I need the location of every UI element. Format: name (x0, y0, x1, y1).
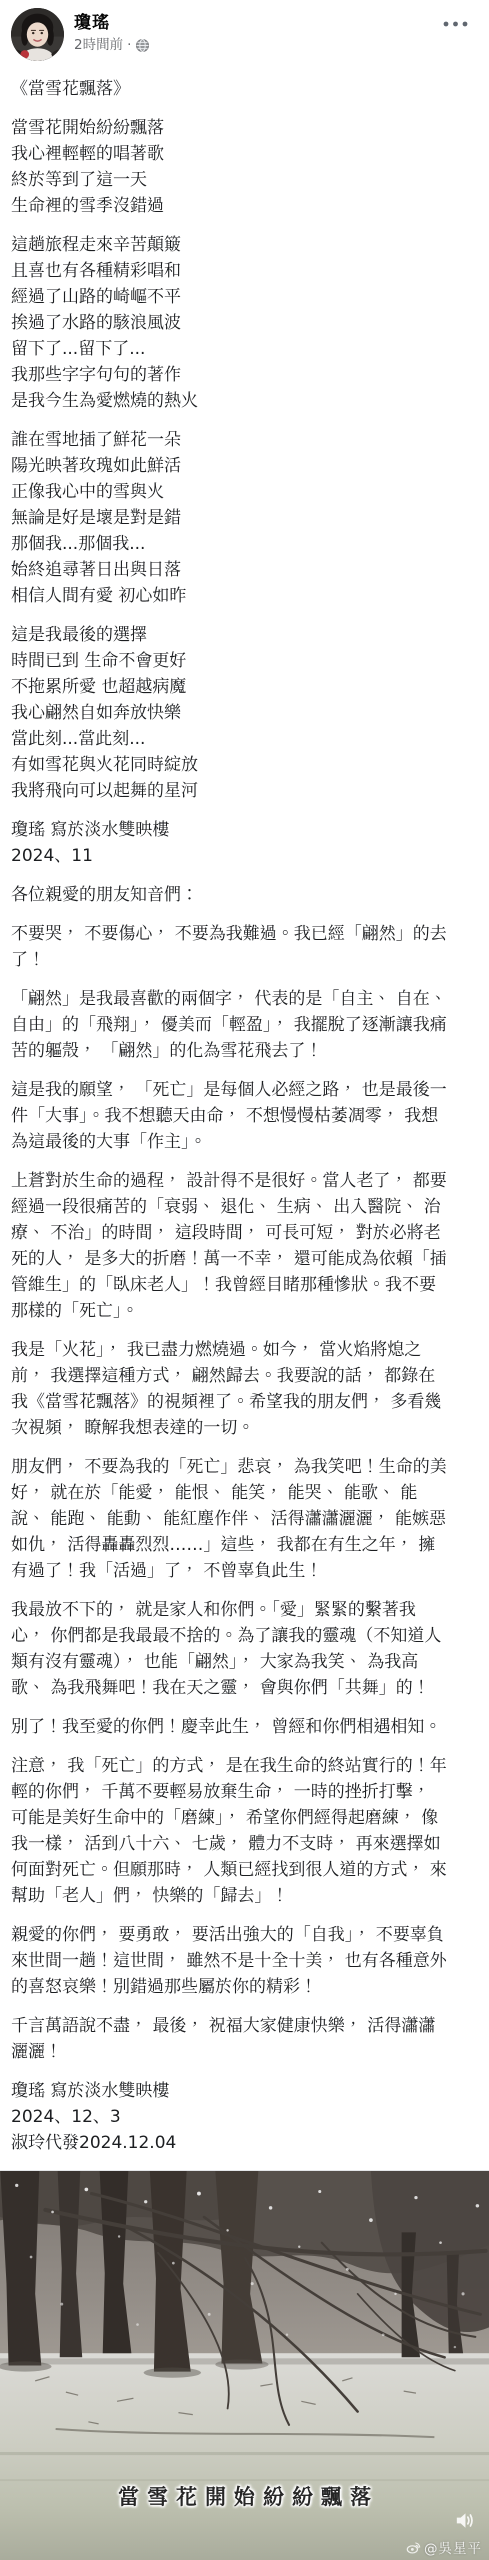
watermark-text: @吳星平 (424, 2537, 482, 2557)
meta-separator: · (127, 37, 131, 54)
poem-signature: 瓊瑤 寫於淡水雙映樓2024、11 (11, 817, 449, 869)
poem-stanza: 這趟旅程走來辛苦顛簸且喜也有各種精彩唱和經過了山路的崎嶇不平挨過了水路的駭浪風波… (11, 232, 449, 414)
author-name[interactable]: 瓊瑤 (74, 13, 150, 34)
video-subtitle: 當雪花開始紛紛飄落 (0, 2481, 489, 2511)
speaker-icon[interactable] (453, 2509, 476, 2532)
poem-stanza: 誰在雪地插了鮮花一朵陽光映著玫瑰如此鮮活正像我心中的雪與火無論是好是壞是對是錯那… (11, 427, 449, 609)
more-options-button[interactable] (439, 17, 472, 31)
letter-paragraph: 上蒼對於生命的過程， 設計得不是很好。當人老了， 都要經過一段很痛苦的「衰弱、 … (11, 1168, 449, 1324)
signature-line: 2024、11 (11, 843, 449, 869)
letter-paragraph: 別了！我至愛的你們！慶幸此生， 曾經和你們相遇相知。 (11, 1714, 449, 1740)
post-header: 瓊瑤 2時間前 · (0, 0, 489, 61)
avatar[interactable] (11, 8, 64, 61)
letter-paragraph: 朋友們， 不要為我的「死亡」悲哀， 為我笑吧！生命的美好， 就在於「能愛， 能恨… (11, 1454, 449, 1584)
post-time[interactable]: 2時間前 (74, 37, 123, 54)
letter-paragraph: 注意， 我「死亡」的方式， 是在我生命的終站實行的！年輕的你們， 千萬不要輕易放… (11, 1753, 449, 1909)
poem-stanza: 當雪花開始紛紛飄落我心裡輕輕的唱著歌終於等到了這一天生命裡的雪季沒錯過 (11, 115, 449, 219)
poem: 當雪花開始紛紛飄落我心裡輕輕的唱著歌終於等到了這一天生命裡的雪季沒錯過這趟旅程走… (11, 115, 449, 804)
post-page: 瓊瑤 2時間前 · (0, 0, 489, 2560)
weibo-logo-icon (406, 2540, 421, 2555)
header-info: 瓊瑤 2時間前 · (74, 8, 150, 61)
letter-paragraph: 我是「火花」， 我已盡力燃燒過。如今， 當火焰將熄之前， 我選擇這種方式， 翩然… (11, 1337, 449, 1441)
globe-icon (135, 38, 150, 53)
signature-line: 淑玲代發2024.12.04 (11, 2130, 449, 2156)
letter-paragraph: 「翩然」是我最喜歡的兩個字， 代表的是「自主、 自在、 自由」的「飛翔」， 優美… (11, 986, 449, 1064)
signature-line: 瓊瑤 寫於淡水雙映樓 (11, 2078, 449, 2104)
post-meta: 2時間前 · (74, 37, 150, 54)
video-watermark: @吳星平 (406, 2537, 482, 2557)
letter-paragraph: 我最放不下的， 就是家人和你們。「愛」緊緊的繫著我心， 你們都是我最最不捨的。為… (11, 1597, 449, 1701)
letter-paragraph: 不要哭， 不要傷心， 不要為我難過。我已經「翩然」的去了！ (11, 921, 449, 973)
post-body: 《當雪花飄落》 當雪花開始紛紛飄落我心裡輕輕的唱著歌終於等到了這一天生命裡的雪季… (0, 61, 489, 2156)
signature-line: 瓊瑤 寫於淡水雙映樓 (11, 817, 449, 843)
more-options-icon (443, 21, 468, 27)
signature-line: 2024、12、3 (11, 2104, 449, 2130)
video-thumbnail[interactable]: 當雪花開始紛紛飄落 @吳星平 (0, 2170, 489, 2560)
letter-paragraph: 這是我的願望， 「死亡」是每個人必經之路， 也是最後一件「大事」。我不想聽天由命… (11, 1077, 449, 1155)
letter-greeting: 各位親愛的朋友知音們： (11, 882, 449, 908)
poem-stanza: 這是我最後的選擇時間已到 生命不會更好不拖累所愛 也超越病魔我心翩然自如奔放快樂… (11, 622, 449, 804)
letter-paragraph: 親愛的你們， 要勇敢， 要活出強大的「自我」， 不要辜負來世間一趟！這世間， 雖… (11, 1922, 449, 2000)
closing-signature: 瓊瑤 寫於淡水雙映樓2024、12、3淑玲代發2024.12.04 (11, 2078, 449, 2156)
letter-body: 不要哭， 不要傷心， 不要為我難過。我已經「翩然」的去了！「翩然」是我最喜歡的兩… (11, 921, 449, 2065)
poem-title: 《當雪花飄落》 (11, 76, 449, 102)
letter-paragraph: 千言萬語說不盡， 最後， 祝福大家健康快樂， 活得瀟瀟灑灑！ (11, 2013, 449, 2065)
avatar-photo (11, 8, 64, 61)
